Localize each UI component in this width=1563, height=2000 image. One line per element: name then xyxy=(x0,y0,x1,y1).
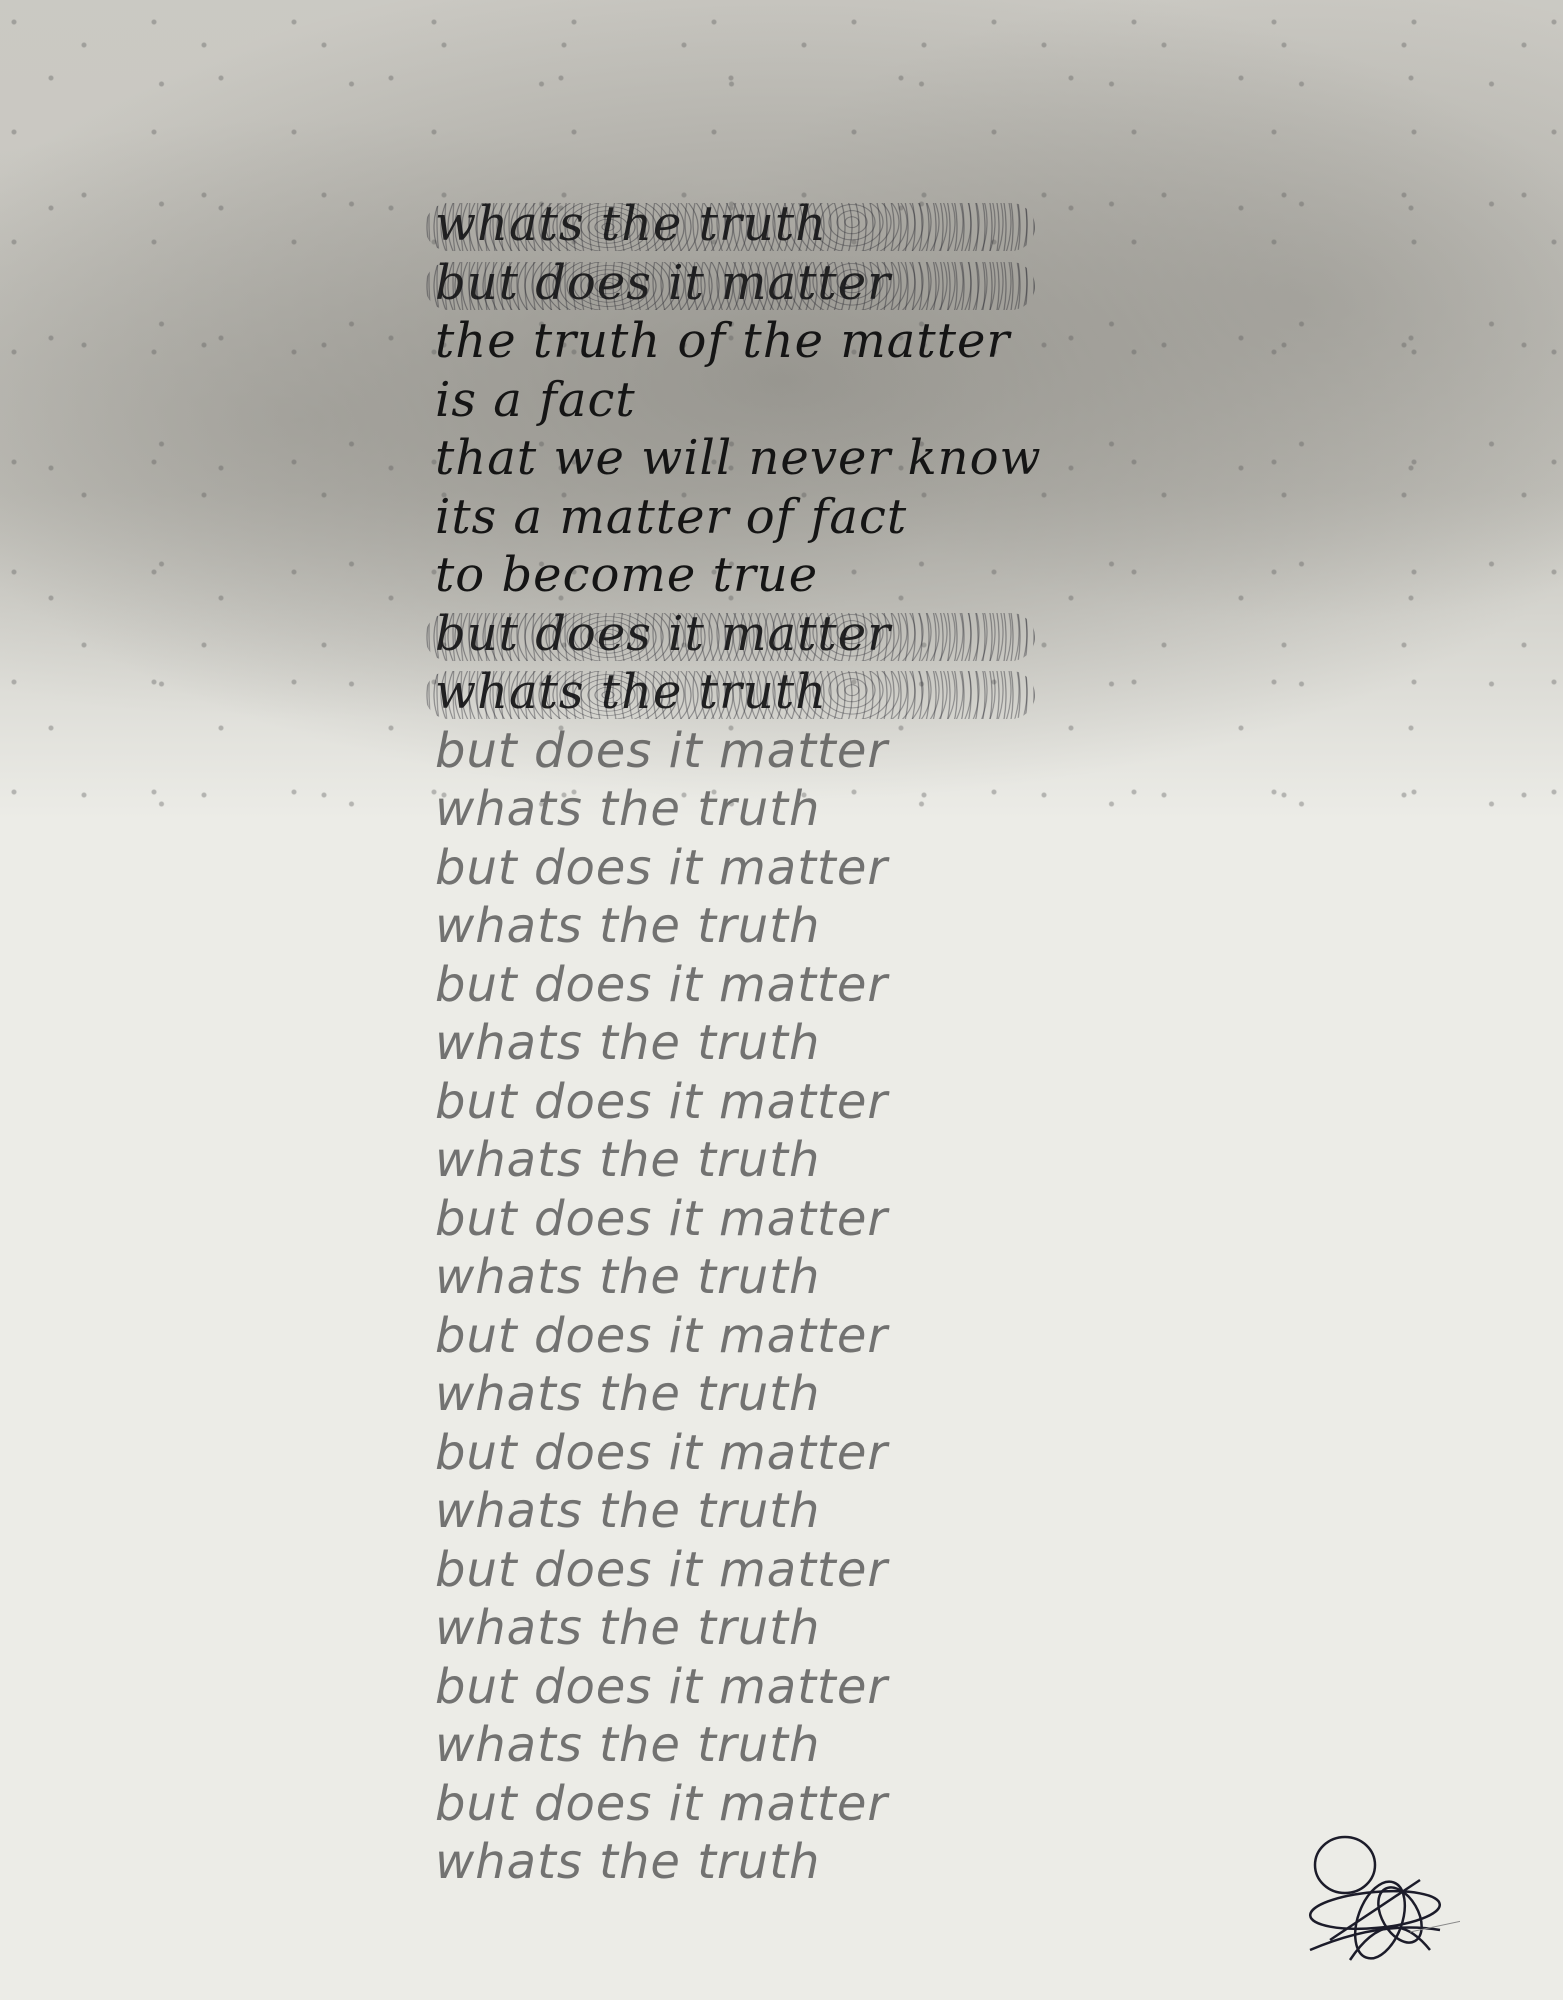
scribble-signature-icon xyxy=(1290,1820,1460,1980)
pencil-line: but does it matter xyxy=(435,722,1235,781)
scribbled-line: whats the truth xyxy=(435,663,1235,722)
pencil-line: whats the truth xyxy=(435,780,1235,839)
pencil-line: but does it matter xyxy=(435,1775,1235,1834)
pencil-line: but does it matter xyxy=(435,1658,1235,1717)
pencil-line: but does it matter xyxy=(435,1073,1235,1132)
pencil-line: whats the truth xyxy=(435,1014,1235,1073)
pencil-line: but does it matter xyxy=(435,1424,1235,1483)
scribbled-line: whats the truth xyxy=(435,195,1235,254)
pencil-line: whats the truth xyxy=(435,1365,1235,1424)
pencil-line: whats the truth xyxy=(435,1482,1235,1541)
pencil-line: whats the truth xyxy=(435,1716,1235,1775)
pencil-line: but does it matter xyxy=(435,1307,1235,1366)
pencil-line: whats the truth xyxy=(435,1599,1235,1658)
pencil-line: but does it matter xyxy=(435,956,1235,1015)
scribbled-line: but does it matter xyxy=(435,254,1235,313)
pencil-line: but does it matter xyxy=(435,1190,1235,1249)
ink-line: is a fact xyxy=(435,371,1235,430)
pencil-line: whats the truth xyxy=(435,897,1235,956)
pencil-line: whats the truth xyxy=(435,1131,1235,1190)
pencil-line: but does it matter xyxy=(435,1541,1235,1600)
pencil-line: whats the truth xyxy=(435,1833,1235,1892)
ink-line: that we will never know xyxy=(435,429,1235,488)
handwritten-text-block: whats the truth but does it matter the t… xyxy=(435,195,1235,1892)
pencil-line: whats the truth xyxy=(435,1248,1235,1307)
scribbled-line: but does it matter xyxy=(435,605,1235,664)
ink-line: its a matter of fact xyxy=(435,488,1235,547)
ink-line: to become true xyxy=(435,546,1235,605)
ink-line: the truth of the matter xyxy=(435,312,1235,371)
pencil-line: but does it matter xyxy=(435,839,1235,898)
